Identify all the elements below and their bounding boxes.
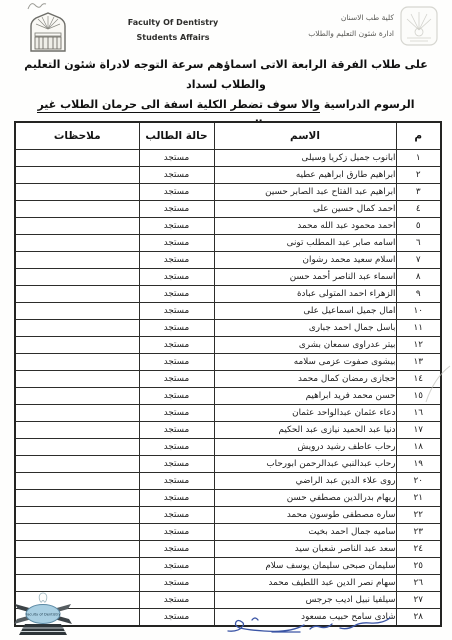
table-row: ٢٦سهام نصر الدين عبد اللطيف محمدمستجد [15, 575, 441, 592]
student-table-body: ١ابانوب جميل زكريا وسيلىمستجد٢ابراهيم طا… [15, 150, 441, 627]
student-number: ٢٣ [396, 524, 441, 541]
student-number: ٢٠ [396, 473, 441, 490]
students-affairs-en: Students Affairs [118, 30, 228, 45]
university-emblem-icon [398, 4, 440, 48]
student-name: ابانوب جميل زكريا وسيلى [214, 150, 396, 167]
table-row: ١٨رحاب عاطف رشيد درويشمستجد [15, 439, 441, 456]
student-status: مستجد [139, 473, 214, 490]
table-row: ٢٢ساره مصطفى طوسون محمدمستجد [15, 507, 441, 524]
student-name: ابراهيم عبد الفتاح عبد الصابر حسين [214, 184, 396, 201]
university-seal-icon [28, 11, 68, 53]
student-status: مستجد [139, 507, 214, 524]
student-number: ١٩ [396, 456, 441, 473]
student-notes [15, 422, 139, 439]
student-name: بيتر عدراوى سمعان بشرى [214, 337, 396, 354]
header-status: حالة الطالب [139, 122, 214, 150]
student-notes [15, 490, 139, 507]
student-status: مستجد [139, 167, 214, 184]
student-status: مستجد [139, 354, 214, 371]
student-notes [15, 354, 139, 371]
student-status: مستجد [139, 184, 214, 201]
student-name: ريهام بدرالدين مصطفي حسن [214, 490, 396, 507]
table-row: ٢٤سعد عبد الناصر شعبان سيدمستجد [15, 541, 441, 558]
student-notes [15, 167, 139, 184]
student-notes [15, 524, 139, 541]
table-row: ١٢بيتر عدراوى سمعان بشرىمستجد [15, 337, 441, 354]
student-number: ٢١ [396, 490, 441, 507]
faculty-stamp: Faculty of Dentistry [12, 591, 74, 637]
student-name: احمد محمود عبد الله محمد [214, 218, 396, 235]
student-number: ٥ [396, 218, 441, 235]
table-row: ١٥حسن محمد فريد ابراهيممستجد [15, 388, 441, 405]
student-notes [15, 269, 139, 286]
handwritten-signature [212, 610, 397, 638]
notice-line-2-plain: الرسوم الدراسية [320, 98, 415, 111]
student-status: مستجد [139, 541, 214, 558]
student-number: ٢٢ [396, 507, 441, 524]
student-number: ١٠ [396, 303, 441, 320]
student-status: مستجد [139, 303, 214, 320]
student-notes [15, 337, 139, 354]
student-number: ٤ [396, 201, 441, 218]
faculty-title-ar: كلية طب الاسنان [254, 10, 394, 26]
student-status: مستجد [139, 456, 214, 473]
student-status: مستجد [139, 422, 214, 439]
header-notes: ملاحظات [15, 122, 139, 150]
student-notes [15, 218, 139, 235]
student-number: ١١ [396, 320, 441, 337]
student-status: مستجد [139, 609, 214, 627]
student-number: ١٧ [396, 422, 441, 439]
student-status: مستجد [139, 524, 214, 541]
student-name: رحاب عبدالنبي عبدالرحمن ابورحاب [214, 456, 396, 473]
student-name: دنيا عبد الحميد نيازى عبد الحكيم [214, 422, 396, 439]
faculty-name-arabic: كلية طب الاسنان ادارة شئون التعليم والطل… [254, 10, 394, 42]
student-name: سعد عبد الناصر شعبان سيد [214, 541, 396, 558]
student-notes [15, 541, 139, 558]
student-number: ٢٦ [396, 575, 441, 592]
student-notes [15, 252, 139, 269]
student-status: مستجد [139, 592, 214, 609]
student-notes [15, 405, 139, 422]
student-name: حسن محمد فريد ابراهيم [214, 388, 396, 405]
table-row: ٨اسماء عبد الناصر أحمد حسنمستجد [15, 269, 441, 286]
notice-line-1: على طلاب الفرقة الرابعة الاتى اسماؤهم سر… [10, 55, 442, 95]
student-number: ٧ [396, 252, 441, 269]
student-notes [15, 184, 139, 201]
student-number: ١ [396, 150, 441, 167]
table-row: ١٣بيشوى صفوت عزمى سلامهمستجد [15, 354, 441, 371]
student-name: سهام نصر الدين عبد اللطيف محمد [214, 575, 396, 592]
student-status: مستجد [139, 388, 214, 405]
student-name: ساره مصطفى طوسون محمد [214, 507, 396, 524]
student-name: رحاب عاطف رشيد درويش [214, 439, 396, 456]
student-number: ٩ [396, 286, 441, 303]
student-number: ٢٥ [396, 558, 441, 575]
student-name: بيشوى صفوت عزمى سلامه [214, 354, 396, 371]
student-name: اسلام سعيد محمد رشوان [214, 252, 396, 269]
student-name: ابراهيم طارق ابراهيم عطيه [214, 167, 396, 184]
student-name: حجازى رمضان كمال محمد [214, 371, 396, 388]
header-name: الاسم [214, 122, 396, 150]
table-row: ٢٠روى علاء الدين عبد الراضيمستجد [15, 473, 441, 490]
student-status: مستجد [139, 439, 214, 456]
student-notes [15, 473, 139, 490]
students-affairs-ar: ادارة شئون التعليم والطلاب [254, 26, 394, 42]
student-status: مستجد [139, 201, 214, 218]
document-page: Faculty Of Dentistry Students Affairs كل… [0, 0, 452, 640]
student-notes [15, 507, 139, 524]
table-row: ٦اسامه صابر عبد المطلب تونىمستجد [15, 235, 441, 252]
table-row: ١٧دنيا عبد الحميد نيازى عبد الحكيممستجد [15, 422, 441, 439]
table-row: ٢٥سليمان صبحى سليمان يوسف سلاممستجد [15, 558, 441, 575]
student-number: ٣ [396, 184, 441, 201]
student-name: باسل جمال احمد جبارى [214, 320, 396, 337]
student-status: مستجد [139, 252, 214, 269]
student-name: سيلفيا نبيل اديب جرجس [214, 592, 396, 609]
student-status: مستجد [139, 558, 214, 575]
student-name: الزهراء احمد المتولى عبادة [214, 286, 396, 303]
student-notes [15, 303, 139, 320]
student-status: مستجد [139, 337, 214, 354]
student-name: روى علاء الدين عبد الراضي [214, 473, 396, 490]
student-number: ٨ [396, 269, 441, 286]
student-status: مستجد [139, 490, 214, 507]
student-status: مستجد [139, 405, 214, 422]
student-name: سليمان صبحى سليمان يوسف سلام [214, 558, 396, 575]
student-notes [15, 150, 139, 167]
table-row: ١ابانوب جميل زكريا وسيلىمستجد [15, 150, 441, 167]
student-notes [15, 388, 139, 405]
student-name: دعاء عثمان عبدالواحد عثمان [214, 405, 396, 422]
student-notes [15, 235, 139, 252]
student-name: امال جميل اسماعيل على [214, 303, 396, 320]
faculty-name-english: Faculty Of Dentistry Students Affairs [118, 15, 228, 45]
student-status: مستجد [139, 286, 214, 303]
student-number: ٢٤ [396, 541, 441, 558]
student-name: ساميه جمال احمد بخيت [214, 524, 396, 541]
student-status: مستجد [139, 269, 214, 286]
student-status: مستجد [139, 371, 214, 388]
student-notes [15, 286, 139, 303]
table-row: ٤احمد كمال حسين علىمستجد [15, 201, 441, 218]
student-number: ١٨ [396, 439, 441, 456]
student-status: مستجد [139, 575, 214, 592]
student-notes [15, 371, 139, 388]
student-notes [15, 439, 139, 456]
table-row: ١٦دعاء عثمان عبدالواحد عثمانمستجد [15, 405, 441, 422]
student-number: ١٢ [396, 337, 441, 354]
student-notes [15, 575, 139, 592]
student-notes [15, 456, 139, 473]
table-row: ١٠امال جميل اسماعيل علىمستجد [15, 303, 441, 320]
student-notes [15, 201, 139, 218]
header-number: م [396, 122, 441, 150]
table-row: ٢١ريهام بدرالدين مصطفي حسنمستجد [15, 490, 441, 507]
student-number: ٢٧ [396, 592, 441, 609]
student-name: اسامه صابر عبد المطلب تونى [214, 235, 396, 252]
students-table: م الاسم حالة الطالب ملاحظات ١ابانوب جميل… [14, 121, 442, 627]
student-name: اسماء عبد الناصر أحمد حسن [214, 269, 396, 286]
table-row: ٣ابراهيم عبد الفتاح عبد الصابر حسينمستجد [15, 184, 441, 201]
student-status: مستجد [139, 320, 214, 337]
student-number: ٦ [396, 235, 441, 252]
table-row: ١٩رحاب عبدالنبي عبدالرحمن ابورحابمستجد [15, 456, 441, 473]
table-row: ٥احمد محمود عبد الله محمدمستجد [15, 218, 441, 235]
student-notes [15, 320, 139, 337]
student-number: ١٦ [396, 405, 441, 422]
student-status: مستجد [139, 150, 214, 167]
table-row: ٢٣ساميه جمال احمد بخيتمستجد [15, 524, 441, 541]
table-row: ٧اسلام سعيد محمد رشوانمستجد [15, 252, 441, 269]
table-row: ٩الزهراء احمد المتولى عبادةمستجد [15, 286, 441, 303]
student-notes [15, 558, 139, 575]
stamp-label: Faculty of Dentistry [25, 613, 61, 617]
student-number: ٢ [396, 167, 441, 184]
student-name: احمد كمال حسين على [214, 201, 396, 218]
table-row: ٢٧سيلفيا نبيل اديب جرجسمستجد [15, 592, 441, 609]
table-header-row: م الاسم حالة الطالب ملاحظات [15, 122, 441, 150]
table-row: ١٤حجازى رمضان كمال محمدمستجد [15, 371, 441, 388]
faculty-title-en: Faculty Of Dentistry [118, 15, 228, 30]
student-number: ٢٨ [396, 609, 441, 627]
student-status: مستجد [139, 235, 214, 252]
table-row: ٢ابراهيم طارق ابراهيم عطيهمستجد [15, 167, 441, 184]
student-status: مستجد [139, 218, 214, 235]
scan-crease-mark [420, 362, 452, 406]
table-row: ١١باسل جمال احمد جبارىمستجد [15, 320, 441, 337]
